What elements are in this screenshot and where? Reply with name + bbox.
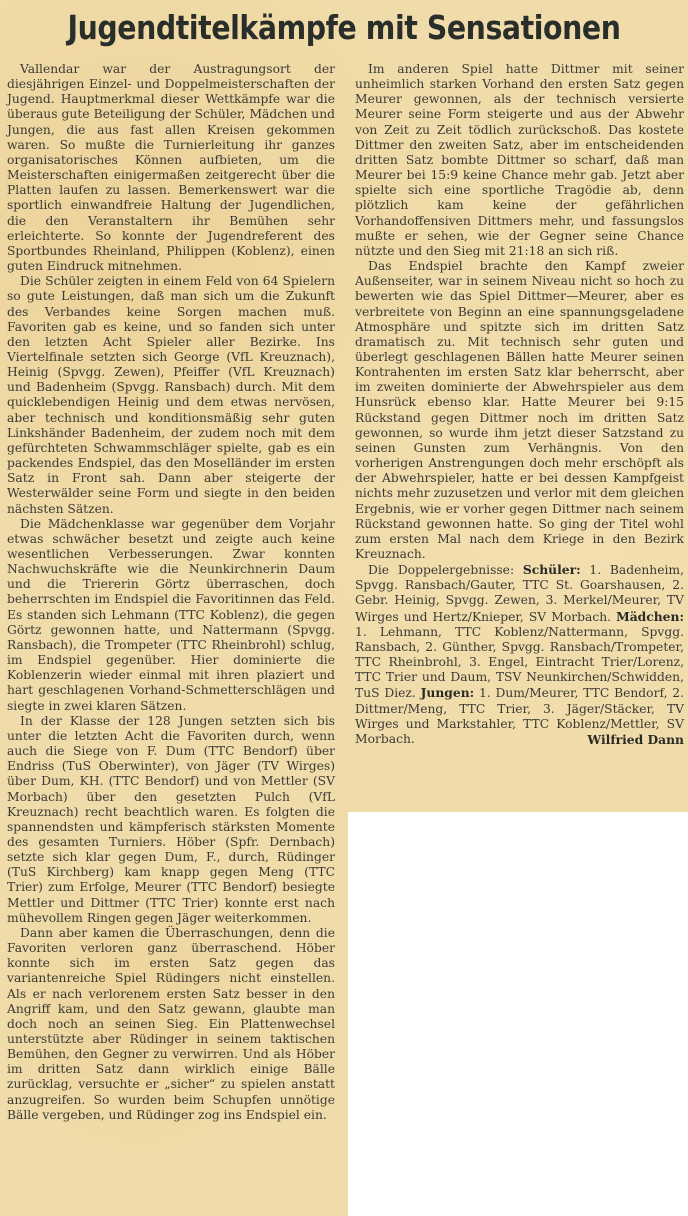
right-column: Im anderen Spiel hatte Dittmer mit seine…	[355, 62, 684, 747]
maedchen-label: Mädchen:	[616, 609, 684, 624]
paragraph: Die Mädchenklasse war gegenüber dem Vorj…	[7, 517, 335, 714]
paragraph: Im anderen Spiel hatte Dittmer mit seine…	[355, 62, 684, 259]
paragraph: In der Klasse der 128 Jungen setzten sic…	[7, 714, 335, 926]
paragraph: Vallendar war der Austragungsort der die…	[7, 62, 335, 274]
doubles-intro: Die Doppelergebnisse:	[368, 563, 523, 577]
paragraph: Das Endspiel brachte den Kampf zweier Au…	[355, 259, 684, 562]
author-byline: Wilfried Dann	[574, 732, 684, 747]
paragraph: Die Schüler zeigten in einem Feld von 64…	[7, 274, 335, 517]
jungen-label: Jungen:	[421, 685, 475, 700]
paragraph: Dann aber kamen die Überraschungen, denn…	[7, 926, 335, 1123]
headline: Jugendtitelkämpfe mit Sensationen	[48, 4, 640, 52]
doubles-results: Die Doppelergebnisse: Schüler: 1. Badenh…	[355, 562, 684, 747]
left-column: Vallendar war der Austragungsort der die…	[7, 62, 335, 1123]
schueler-label: Schüler:	[523, 562, 581, 577]
